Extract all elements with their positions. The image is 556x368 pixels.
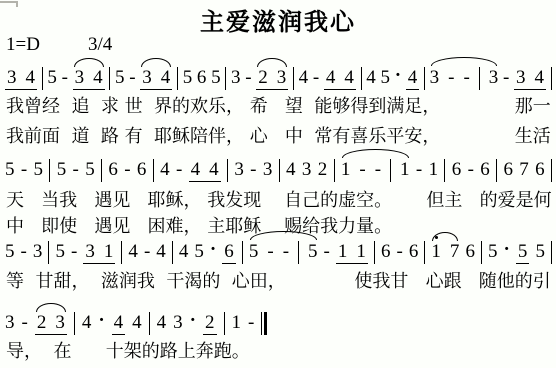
barline [479, 67, 480, 90]
note: 2 [318, 160, 328, 182]
note: 3 [489, 68, 499, 90]
note: 3 [234, 160, 244, 182]
note: 3 [516, 68, 526, 87]
note: 5 [34, 160, 44, 182]
music-sheet: 主爱滋润我心 1=D 3/4 345-345-345653-234-4445·4… [0, 0, 556, 368]
note: 7 [450, 242, 460, 264]
note: 5 [194, 242, 204, 264]
note: 3 [231, 68, 241, 90]
note: 4 [82, 313, 92, 335]
duration-dash: - [448, 68, 454, 90]
note: 3 [142, 68, 152, 87]
note: 3 [277, 68, 287, 87]
note: 6 [137, 160, 147, 182]
note: 7 [519, 160, 529, 182]
note: 5 [249, 242, 259, 264]
note: 4 [366, 68, 376, 90]
barline [551, 159, 552, 182]
duration-dash: - [124, 160, 130, 182]
barline [242, 241, 243, 264]
beam-group: 31 [83, 242, 115, 264]
note: 2 [205, 313, 215, 332]
duration-dash: - [375, 160, 381, 182]
augmentation-dot: · [395, 66, 401, 90]
barline [42, 67, 43, 90]
note: 6 [108, 160, 118, 182]
barline [101, 159, 102, 182]
barline [74, 312, 75, 335]
note: 5 [488, 242, 498, 264]
beam-group: 4 [406, 68, 420, 90]
note: 2 [258, 68, 268, 87]
duration-dash: - [245, 68, 251, 90]
barline [227, 159, 228, 182]
note: 5 [5, 242, 15, 264]
note: 4 [157, 313, 167, 335]
duration-dash: - [129, 68, 135, 90]
barline [551, 67, 552, 90]
note: 4 [209, 160, 219, 179]
note: 5 [57, 160, 67, 182]
duration-dash: - [71, 242, 77, 264]
note: 5 [47, 68, 57, 90]
barline [109, 67, 110, 90]
note: 4 [156, 242, 166, 264]
slur-arc [74, 58, 104, 67]
augmentation-dot: · [190, 311, 196, 335]
slur-group: 5--5 [249, 241, 318, 264]
augmentation-dot: · [504, 240, 510, 264]
final-barline-stroke [261, 312, 262, 335]
note: 3 [7, 68, 17, 87]
note: 3 [85, 242, 95, 261]
augmentation-dot: · [210, 240, 216, 264]
slur-arc [141, 58, 171, 67]
lyric-line-5: 等 甘甜， 滋润我 干渴的 心田， 使我甘 心跟 随他的引 [6, 271, 551, 293]
barline [424, 67, 425, 90]
duration-dash: - [359, 160, 365, 182]
duration-dash: - [248, 313, 254, 335]
note: 4 [191, 160, 201, 179]
music-line-2: 5-55-56-64-443-34321--1-16-6676 [5, 150, 552, 182]
barline [361, 67, 362, 90]
note: 1 [431, 242, 441, 264]
barline [551, 241, 552, 264]
duration-dash: - [250, 160, 256, 182]
note: 4 [132, 313, 142, 335]
note: 5 [183, 68, 193, 90]
music-line-3: 5-35-314-445·65--5-116-61765·55 [5, 232, 552, 264]
note: 6 [480, 160, 490, 182]
duration-dash: - [267, 242, 273, 264]
barline [224, 312, 225, 335]
high-octave-dot [435, 236, 438, 239]
note: 5 [518, 242, 528, 261]
note: 3 [55, 313, 65, 332]
barline [121, 241, 122, 264]
note: 5 [115, 68, 125, 90]
note: 5 [308, 242, 318, 264]
note: 3 [302, 160, 312, 182]
barline [374, 241, 375, 264]
duration-dash: - [21, 160, 27, 182]
note: 4 [344, 68, 354, 87]
duration-dash: - [397, 242, 403, 264]
note: 1 [356, 242, 366, 261]
duration-dash: - [176, 160, 182, 182]
song-title: 主爱滋润我心 [0, 2, 556, 37]
note: 3 [5, 313, 15, 335]
barline [293, 67, 294, 90]
beam-group: 5 [516, 242, 530, 264]
time-signature: 3/4 [88, 35, 112, 54]
note: 6 [503, 160, 513, 182]
note: 6 [465, 242, 475, 264]
note: 4 [535, 68, 545, 87]
note: 4 [299, 68, 309, 90]
music-line-4: 3-234·4443·21- [5, 303, 267, 335]
note: 5 [380, 68, 390, 90]
barline [424, 241, 425, 264]
beam-group: 44 [189, 160, 221, 182]
barline [481, 241, 482, 264]
note: 4 [160, 160, 170, 182]
lyric-line-3: 天 当我 遇见 耶稣， 我发现 自己的虚空。 但主 的爱是何 [6, 190, 552, 212]
note: 4 [408, 68, 418, 87]
note: 4 [326, 68, 336, 87]
note: 1 [429, 160, 439, 182]
duration-dash: - [62, 68, 68, 90]
note: 5 [55, 242, 65, 264]
barline [149, 312, 150, 335]
slur-arc [250, 231, 317, 240]
slur-group: 1--1 [341, 159, 410, 182]
barline [444, 159, 445, 182]
barline [49, 159, 50, 182]
note: 4 [161, 68, 171, 87]
barline [390, 159, 391, 182]
note: 4 [128, 242, 138, 264]
lyric-line-1: 我曾经 追 求 世 界的欢乐， 希 望 能够得到满足， 那一 [6, 96, 551, 118]
barline [177, 67, 178, 90]
barline [225, 67, 226, 90]
note: 1 [338, 242, 348, 261]
barline [48, 241, 49, 264]
slur-group: 34 [73, 68, 105, 90]
beam-group: 44 [324, 68, 356, 90]
duration-dash: - [468, 160, 474, 182]
note: 5 [535, 242, 545, 264]
note: 4 [114, 313, 124, 332]
note: 6 [452, 160, 462, 182]
note: 3 [33, 242, 43, 264]
beam-group: 4 [112, 313, 126, 335]
slur-group: 23 [35, 313, 67, 335]
duration-dash: - [283, 242, 289, 264]
note: 1 [341, 160, 351, 182]
beam-group: 23 [35, 313, 67, 335]
slur-arc [36, 303, 66, 312]
duration-dash: - [463, 68, 469, 90]
barline [153, 159, 154, 182]
note: 3 [75, 68, 85, 87]
beam-group: 34 [140, 68, 172, 90]
note: 6 [409, 242, 419, 264]
duration-dash: - [144, 242, 150, 264]
music-line-1: 345-345-345653-234-4445·43--3-34 [5, 58, 552, 90]
key-signature: 1=D [6, 35, 40, 54]
final-barline-stroke [264, 312, 267, 335]
slur-arc [342, 149, 409, 158]
lyric-line-6: 导， 在 十架的路上奔跑。 [6, 341, 250, 363]
note: 6 [224, 242, 234, 261]
duration-dash: - [324, 242, 330, 264]
note: 4 [93, 68, 103, 87]
note: 3 [173, 313, 183, 335]
beam-group: 11 [336, 242, 368, 264]
augmentation-dot: · [98, 311, 104, 335]
slur-arc [257, 58, 287, 67]
note: 4 [26, 68, 36, 87]
note: 2 [37, 313, 47, 332]
barline [298, 241, 299, 264]
barline [334, 159, 335, 182]
note: 6 [381, 242, 391, 264]
duration-dash: - [416, 160, 422, 182]
barline [172, 241, 173, 264]
beam-group: 6 [222, 242, 236, 264]
duration-dash: - [22, 313, 28, 335]
beam-group: 23 [256, 68, 288, 90]
note: 4 [179, 242, 189, 264]
slur-group: 3--3 [430, 67, 499, 90]
beam-group: 34 [5, 68, 37, 90]
note: 5 [211, 68, 221, 90]
note: 1 [104, 242, 114, 261]
duration-dash: - [313, 68, 319, 90]
note: 6 [535, 160, 545, 182]
slur-group: 34 [140, 68, 172, 90]
note: 6 [197, 68, 207, 90]
barline [496, 159, 497, 182]
slur-group: 23 [256, 68, 288, 90]
note: 5 [85, 160, 95, 182]
slur-arc [431, 57, 498, 66]
barline [279, 159, 280, 182]
final-barline [261, 312, 267, 335]
beam-group: 34 [73, 68, 105, 90]
duration-dash: - [503, 68, 509, 90]
beam-group: 34 [514, 68, 546, 90]
note: 3 [263, 160, 273, 182]
note: 5 [5, 160, 15, 182]
slur-group: 17 [431, 242, 459, 264]
note: 1 [400, 160, 410, 182]
note: 3 [430, 68, 440, 90]
duration-dash: - [21, 242, 27, 264]
lyric-line-2: 我前面 道 路 有 耶稣陪伴， 心 中 常有喜乐平安， 生活 [6, 126, 551, 148]
duration-dash: - [73, 160, 79, 182]
note: 4 [286, 160, 296, 182]
beam-group: 2 [203, 313, 217, 335]
note: 1 [232, 313, 242, 335]
